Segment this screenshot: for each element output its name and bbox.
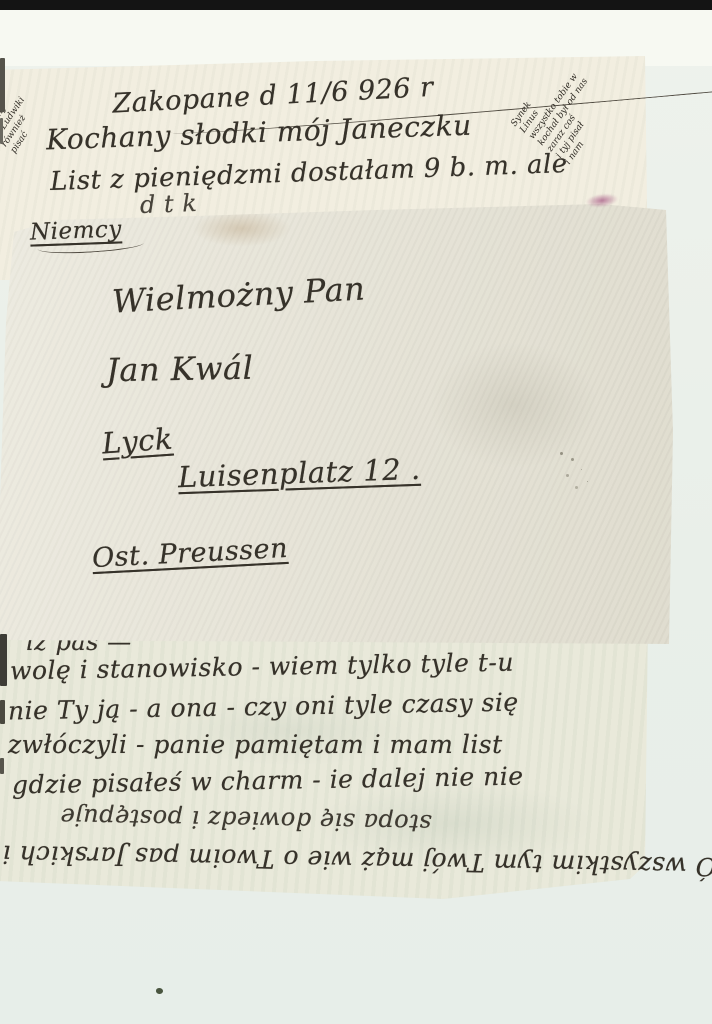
- envelope-country: Niemcy: [30, 216, 123, 245]
- left-edge-mark: [0, 758, 4, 774]
- left-edge-mark: [0, 634, 7, 686]
- scanned-letter-page: il i mamy do Ludwiki również pisać Zakop…: [0, 0, 712, 1024]
- envelope-addressee-name: Jan Kwál: [106, 349, 254, 390]
- envelope-city: Lyck: [101, 422, 174, 461]
- envelope-country-text: Niemcy: [30, 216, 123, 245]
- left-edge-mark: [0, 58, 5, 112]
- envelope-city-text: Lyck: [101, 422, 174, 461]
- scanner-top-strip: [0, 0, 712, 10]
- green-speck: [156, 988, 163, 994]
- envelope-speckles: [560, 452, 563, 455]
- letter-body-line: zwłóczyli - panie pamiętam i mam list: [8, 730, 503, 759]
- left-edge-mark: [0, 700, 5, 724]
- letter-body-line-partial: d t k: [140, 189, 198, 219]
- left-edge-mark: [0, 118, 3, 144]
- envelope: [0, 202, 678, 644]
